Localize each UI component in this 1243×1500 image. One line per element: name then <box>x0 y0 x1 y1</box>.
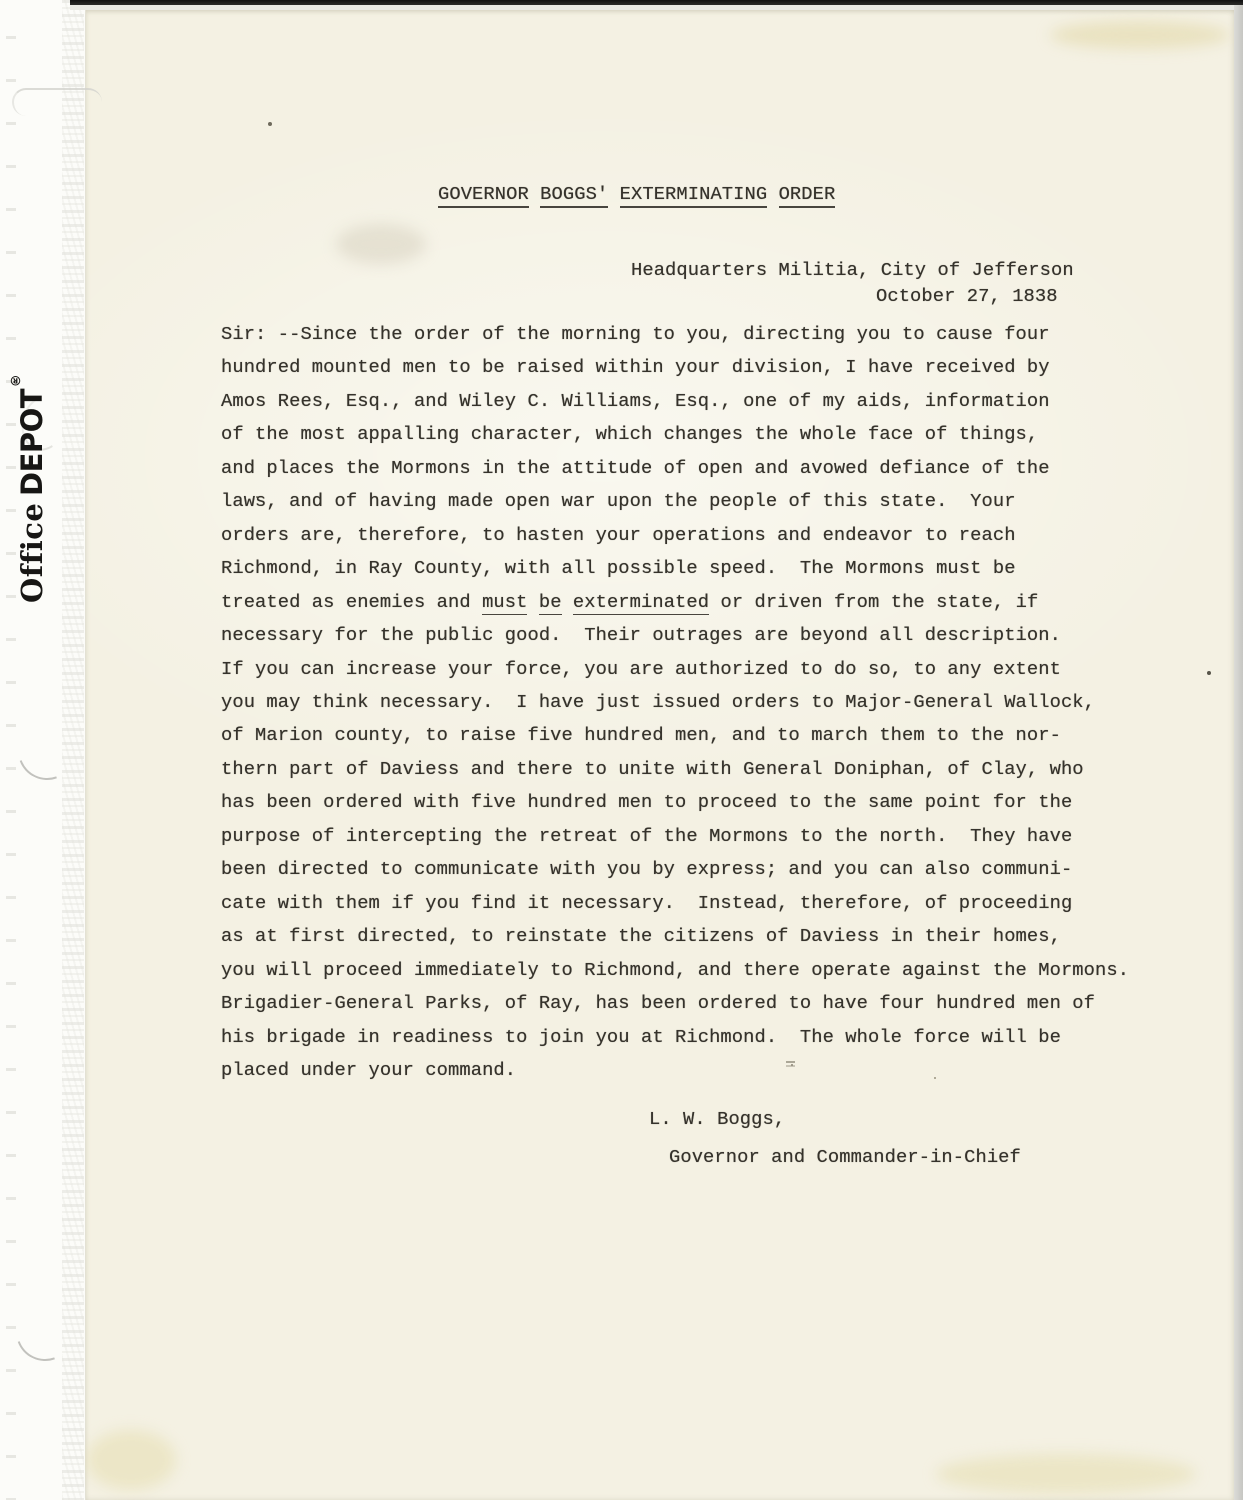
document-body: Sir: --Since the order of the morning to… <box>221 318 1129 1087</box>
signature-name: L. W. Boggs, <box>649 1108 785 1130</box>
body-line: been directed to communicate with you by… <box>221 853 1129 886</box>
body-line: has been ordered with five hundred men t… <box>221 786 1129 819</box>
body-line: Amos Rees, Esq., and Wiley C. Williams, … <box>221 385 1129 418</box>
body-line: you will proceed immediately to Richmond… <box>221 954 1129 987</box>
body-line: cate with them if you find it necessary.… <box>221 887 1129 920</box>
office-depot-logo-office: Office <box>15 502 49 602</box>
scanned-document-page: Office DEPOT ® GOVERNOR BOGGS' EXTERMINA… <box>0 0 1243 1500</box>
body-line: hundred mounted men to be raised within … <box>221 351 1129 384</box>
body-line: of the most appalling character, which c… <box>221 418 1129 451</box>
body-line: his brigade in readiness to join you at … <box>221 1021 1129 1054</box>
protector-weld-dots <box>6 0 16 1500</box>
underlined-word: must <box>482 591 527 615</box>
scanner-edge-top <box>70 0 1243 5</box>
office-depot-logo-depot: DEPOT <box>15 389 49 496</box>
body-line: Brigadier-General Parks, of Ray, has bee… <box>221 987 1129 1020</box>
paper-stain <box>86 1430 176 1490</box>
body-line: orders are, therefore, to hasten your op… <box>221 519 1129 552</box>
title-word: BOGGS' <box>540 183 608 208</box>
scanner-edge-right <box>1234 5 1243 1500</box>
body-line: of Marion county, to raise five hundred … <box>221 719 1129 752</box>
office-depot-logo: Office DEPOT ® <box>8 375 56 600</box>
title-word: EXTERMINATING <box>620 183 768 208</box>
registered-trademark-icon: ® <box>8 372 23 387</box>
paper-smudge <box>336 224 426 264</box>
body-line: purpose of intercepting the retreat of t… <box>221 820 1129 853</box>
body-line: Sir: --Since the order of the morning to… <box>221 318 1129 351</box>
dateline-location: Headquarters Militia, City of Jefferson <box>631 259 1074 281</box>
paper-stain <box>936 1454 1196 1494</box>
body-line: If you can increase your force, you are … <box>221 653 1129 686</box>
protector-top-edge <box>70 5 1243 10</box>
paper-stain <box>1050 21 1230 49</box>
underlined-word: exterminated <box>573 591 709 615</box>
title-word: GOVERNOR <box>438 183 529 208</box>
body-line: thern part of Daviess and there to unite… <box>221 753 1129 786</box>
body-line: Richmond, in Ray County, with all possib… <box>221 552 1129 585</box>
sheet-protector-edge: Office DEPOT ® <box>0 0 85 1500</box>
dateline-date: October 27, 1838 <box>876 285 1058 307</box>
title-word: ORDER <box>779 183 836 208</box>
body-line: placed under your command. <box>221 1054 1129 1087</box>
body-line: and places the Mormons in the attitude o… <box>221 452 1129 485</box>
body-line: laws, and of having made open war upon t… <box>221 485 1129 518</box>
binder-hole-top <box>12 88 102 116</box>
document-paper: GOVERNOR BOGGS' EXTERMINATING ORDER Head… <box>85 9 1236 1500</box>
underlined-word: be <box>539 591 562 615</box>
signature-title: Governor and Commander-in-Chief <box>669 1146 1021 1168</box>
body-line: treated as enemies and must be extermina… <box>221 586 1129 619</box>
document-title: GOVERNOR BOGGS' EXTERMINATING ORDER <box>438 182 835 206</box>
body-line: as at first directed, to reinstate the c… <box>221 920 1129 953</box>
body-line: you may think necessary. I have just iss… <box>221 686 1129 719</box>
body-line: necessary for the public good. Their out… <box>221 619 1129 652</box>
